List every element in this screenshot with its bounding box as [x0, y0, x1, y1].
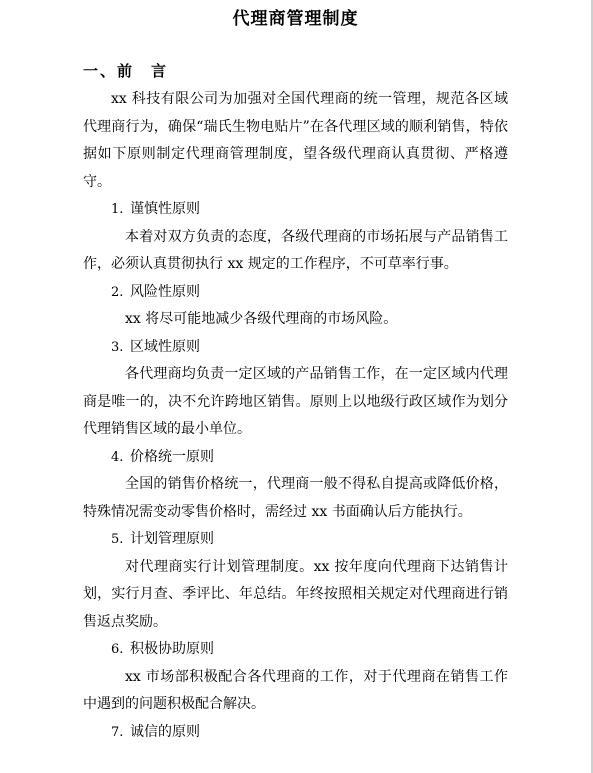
- principle-number: 5.: [111, 526, 130, 554]
- principle-item: 1.谨慎性原则 本着对双方负责的态度，各级代理商的市场拓展与产品销售工作，必须认…: [83, 196, 508, 279]
- principle-body: xx 市场部积极配合各代理商的工作，对于代理商在销售工作中遇到的问题积极配合解决…: [83, 664, 508, 719]
- principle-title: 计划管理原则: [130, 531, 214, 547]
- principle-title: 诚信的原则: [130, 724, 200, 740]
- principle-number: 6.: [111, 636, 130, 664]
- principle-number: 4.: [111, 444, 130, 472]
- principle-title: 风险性原则: [130, 284, 200, 300]
- principle-item: 7.诚信的原则: [83, 719, 508, 747]
- principle-heading: 5.计划管理原则: [83, 526, 508, 554]
- document-title: 代理商管理制度: [0, 0, 591, 30]
- principle-title: 谨慎性原则: [130, 201, 200, 217]
- principle-body: 本着对双方负责的态度，各级代理商的市场拓展与产品销售工作，必须认真贯彻执行 xx…: [83, 224, 508, 279]
- principle-item: 4.价格统一原则 全国的销售价格统一，代理商一般不得私自提高或降低价格，特殊情况…: [83, 444, 508, 527]
- principle-item: 3.区域性原则 各代理商均负责一定区域的产品销售工作，在一定区域内代理商是唯一的…: [83, 334, 508, 444]
- principle-number: 1.: [111, 196, 130, 224]
- principle-title: 积极协助原则: [130, 641, 214, 657]
- principle-heading: 6.积极协助原则: [83, 636, 508, 664]
- principle-body: 各代理商均负责一定区域的产品销售工作，在一定区域内代理商是唯一的，决不允许跨地区…: [83, 361, 508, 444]
- principle-body: 全国的销售价格统一，代理商一般不得私自提高或降低价格，特殊情况需变动零售价格时，…: [83, 471, 508, 526]
- principle-number: 3.: [111, 334, 130, 362]
- principle-number: 7.: [111, 719, 130, 747]
- principle-title: 区域性原则: [130, 339, 200, 355]
- principle-heading: 3.区域性原则: [83, 334, 508, 362]
- principle-heading: 7.诚信的原则: [83, 719, 508, 747]
- principles-list: 1.谨慎性原则 本着对双方负责的态度，各级代理商的市场拓展与产品销售工作，必须认…: [83, 196, 508, 746]
- principle-heading: 2.风险性原则: [83, 279, 508, 307]
- principle-body: xx 将尽可能地减少各级代理商的市场风险。: [83, 306, 508, 334]
- principle-heading: 1.谨慎性原则: [83, 196, 508, 224]
- principle-heading: 4.价格统一原则: [83, 444, 508, 472]
- principle-item: 2.风险性原则 xx 将尽可能地减少各级代理商的市场风险。: [83, 279, 508, 334]
- document-page: 代理商管理制度 一、前 言 xx 科技有限公司为加强对全国代理商的统一管理，规范…: [0, 0, 593, 773]
- principle-title: 价格统一原则: [130, 449, 214, 465]
- principle-item: 5.计划管理原则 对代理商实行计划管理制度。xx 按年度向代理商下达销售计划，实…: [83, 526, 508, 636]
- section-heading-preface: 一、前 言: [83, 60, 508, 82]
- principle-item: 6.积极协助原则 xx 市场部积极配合各代理商的工作，对于代理商在销售工作中遇到…: [83, 636, 508, 719]
- intro-paragraph: xx 科技有限公司为加强对全国代理商的统一管理，规范各区域代理商行为，确保“瑞氏…: [83, 86, 508, 196]
- principle-body: 对代理商实行计划管理制度。xx 按年度向代理商下达销售计划，实行月查、季评比、年…: [83, 554, 508, 637]
- principle-number: 2.: [111, 279, 130, 307]
- document-content: 一、前 言 xx 科技有限公司为加强对全国代理商的统一管理，规范各区域代理商行为…: [83, 60, 508, 746]
